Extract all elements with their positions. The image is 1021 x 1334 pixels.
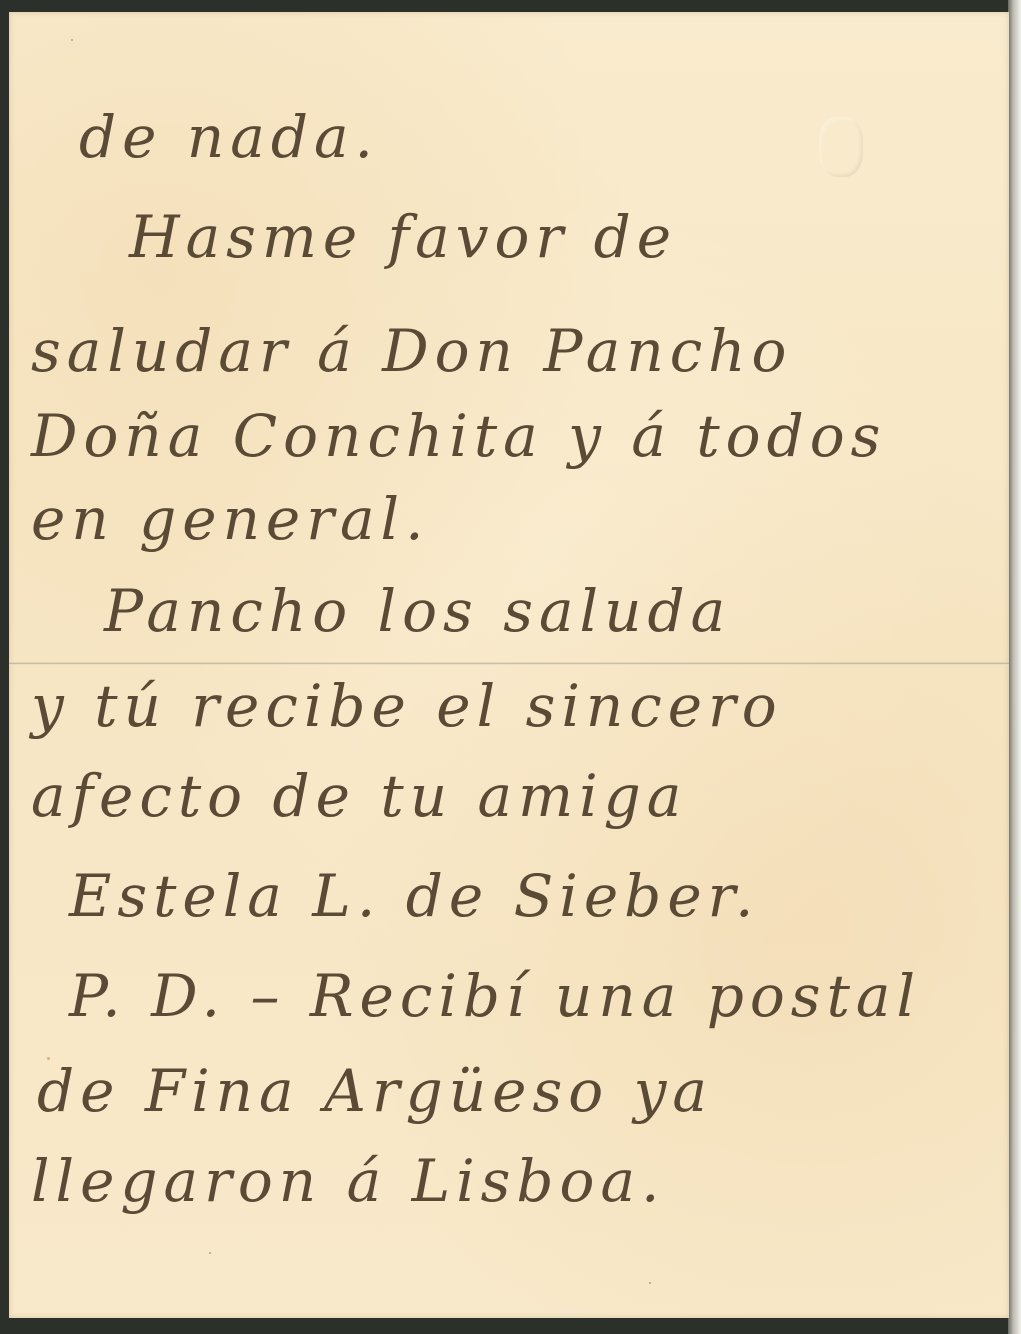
letter-line: y tú recibe el sincero <box>31 677 783 735</box>
letter-line: saludar á Don Pancho <box>31 322 792 380</box>
signature-line: Estela L. de Sieber. <box>69 867 759 925</box>
postscript-line: llegaron á Lisboa. <box>31 1152 665 1210</box>
scan-edge <box>1008 0 1021 1334</box>
embossed-monogram <box>819 117 863 177</box>
letter-line: afecto de tu amiga <box>31 767 687 825</box>
letter-line: Pancho los saluda <box>104 582 731 640</box>
paper-speck <box>209 1252 211 1254</box>
paper-speck <box>47 1057 50 1060</box>
postscript-line: P. D. – Recibí una postal <box>69 967 921 1025</box>
letter-line: de nada. <box>79 108 379 166</box>
letter-page: de nada. Hasme favor de saludar á Don Pa… <box>9 12 1009 1318</box>
postscript-line: de Fina Argüeso ya <box>37 1062 713 1120</box>
letter-line: Hasme favor de <box>129 208 677 266</box>
paper-speck <box>649 1282 651 1284</box>
paper-fold-crease <box>9 662 1009 665</box>
paper-speck <box>71 39 73 41</box>
letter-line: en general. <box>31 490 430 548</box>
letter-line: Doña Conchita y á todos <box>31 407 886 465</box>
